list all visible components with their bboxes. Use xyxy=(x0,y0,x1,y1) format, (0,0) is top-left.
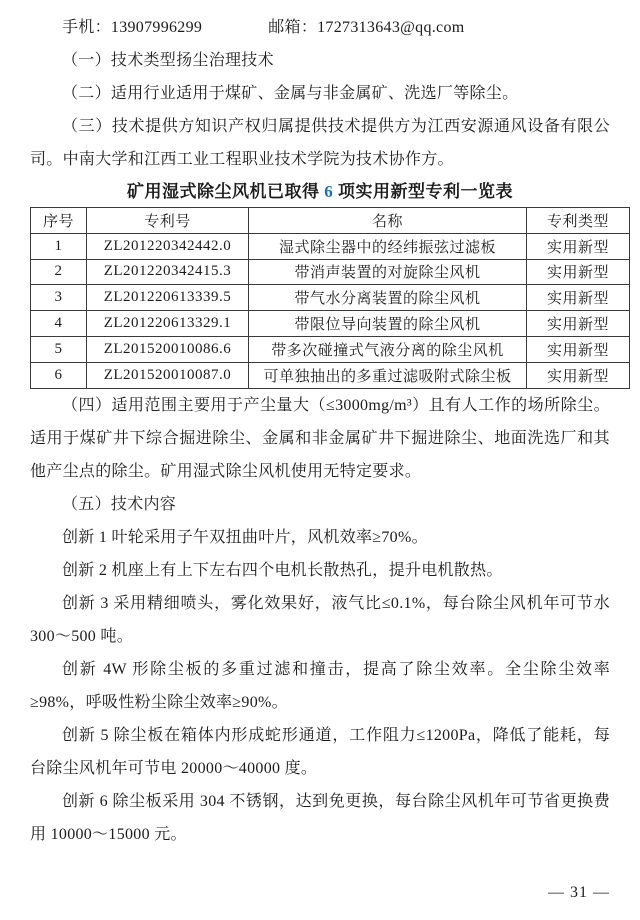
table-cell: 带多次碰撞式气液分离的除尘风机 xyxy=(249,336,527,362)
contact-line: 手机：13907996299邮箱：1727313643@qq.com xyxy=(30,11,610,44)
email-label: 邮箱： xyxy=(268,19,317,36)
table-cell: ZL201220342415.3 xyxy=(87,259,249,285)
table-cell: 实用新型 xyxy=(527,336,630,362)
paragraph: 创新 6 除尘板采用 304 不锈钢，达到免更换，每台除尘风机年可节省更换费用 … xyxy=(30,785,610,851)
intro-paragraphs: （一）技术类型扬尘治理技术（二）适用行业适用于煤矿、金属与非金属矿、洗选厂等除尘… xyxy=(30,44,610,176)
table-title-prefix: 矿用湿式除尘风机已取得 xyxy=(127,182,324,201)
patent-table: 序号专利号名称专利类型 1ZL201220342442.0湿式除尘器中的经纬振弦… xyxy=(30,207,630,389)
table-cell: ZL201520010086.6 xyxy=(87,336,249,362)
table-cell: 实用新型 xyxy=(527,285,630,311)
table-cell: 实用新型 xyxy=(527,311,630,337)
table-title-suffix: 项实用新型专利一览表 xyxy=(333,182,513,201)
table-cell: 3 xyxy=(31,285,87,311)
table-cell: 带限位导向装置的除尘风机 xyxy=(249,311,527,337)
table-cell: ZL201220613339.5 xyxy=(87,285,249,311)
table-row: 3ZL201220613339.5带气水分离装置的除尘风机实用新型 xyxy=(31,285,630,311)
paragraph: 创新 1 叶轮采用子午双扭曲叶片，风机效率≥70%。 xyxy=(30,521,610,554)
table-cell: 4 xyxy=(31,311,87,337)
table-row: 4ZL201220613329.1带限位导向装置的除尘风机实用新型 xyxy=(31,311,630,337)
body-paragraphs: （四）适用范围主要用于产尘量大（≤3000mg/m³）且有人工作的场所除尘。适用… xyxy=(30,389,610,851)
email-value: 1727313643@qq.com xyxy=(317,19,464,36)
table-cell: 2 xyxy=(31,259,87,285)
column-header: 名称 xyxy=(249,208,527,234)
paragraph: 创新 3 采用精细喷头，雾化效果好，液气比≤0.1%，每台除尘风机年可节水 30… xyxy=(30,587,610,653)
table-cell: 湿式除尘器中的经纬振弦过滤板 xyxy=(249,233,527,259)
table-cell: 6 xyxy=(31,362,87,388)
table-title-count: 6 xyxy=(324,182,333,201)
paragraph: 创新 4W 形除尘板的多重过滤和撞击，提高了除尘效率。全尘除尘效率≥98%，呼吸… xyxy=(30,653,610,719)
phone-value: 13907996299 xyxy=(111,19,202,36)
column-header: 专利号 xyxy=(87,208,249,234)
table-header-row: 序号专利号名称专利类型 xyxy=(31,208,630,234)
column-header: 序号 xyxy=(31,208,87,234)
table-row: 2ZL201220342415.3带消声装置的对旋除尘风机实用新型 xyxy=(31,259,630,285)
table-cell: ZL201520010087.0 xyxy=(87,362,249,388)
table-title: 矿用湿式除尘风机已取得 6 项实用新型专利一览表 xyxy=(30,178,610,206)
paragraph: 创新 5 除尘板在箱体内形成蛇形通道，工作阻力≤1200Pa，降低了能耗，每台除… xyxy=(30,719,610,785)
table-row: 1ZL201220342442.0湿式除尘器中的经纬振弦过滤板实用新型 xyxy=(31,233,630,259)
paragraph: （二）适用行业适用于煤矿、金属与非金属矿、洗选厂等除尘。 xyxy=(30,77,610,110)
paragraph: （三）技术提供方知识产权归属提供技术提供方为江西安源通风设备有限公司。中南大学和… xyxy=(30,110,610,176)
paragraph: 创新 2 机座上有上下左右四个电机长散热孔，提升电机散热。 xyxy=(30,554,610,587)
page-number: — 31 — xyxy=(548,884,610,902)
table-cell: 带消声装置的对旋除尘风机 xyxy=(249,259,527,285)
document-page: 手机：13907996299邮箱：1727313643@qq.com （一）技术… xyxy=(0,0,640,920)
table-row: 5ZL201520010086.6带多次碰撞式气液分离的除尘风机实用新型 xyxy=(31,336,630,362)
table-cell: 1 xyxy=(31,233,87,259)
table-row: 6ZL201520010087.0可单独抽出的多重过滤吸附式除尘板实用新型 xyxy=(31,362,630,388)
paragraph: （四）适用范围主要用于产尘量大（≤3000mg/m³）且有人工作的场所除尘。适用… xyxy=(30,389,610,488)
table-body: 1ZL201220342442.0湿式除尘器中的经纬振弦过滤板实用新型2ZL20… xyxy=(31,233,630,388)
table-cell: 5 xyxy=(31,336,87,362)
paragraph: （五）技术内容 xyxy=(30,488,610,521)
table-cell: 实用新型 xyxy=(527,259,630,285)
column-header: 专利类型 xyxy=(527,208,630,234)
phone-label: 手机： xyxy=(62,19,111,36)
table-cell: ZL201220613329.1 xyxy=(87,311,249,337)
table-cell: 实用新型 xyxy=(527,233,630,259)
table-cell: 实用新型 xyxy=(527,362,630,388)
table-cell: 带气水分离装置的除尘风机 xyxy=(249,285,527,311)
table-cell: 可单独抽出的多重过滤吸附式除尘板 xyxy=(249,362,527,388)
paragraph: （一）技术类型扬尘治理技术 xyxy=(30,44,610,77)
table-cell: ZL201220342442.0 xyxy=(87,233,249,259)
